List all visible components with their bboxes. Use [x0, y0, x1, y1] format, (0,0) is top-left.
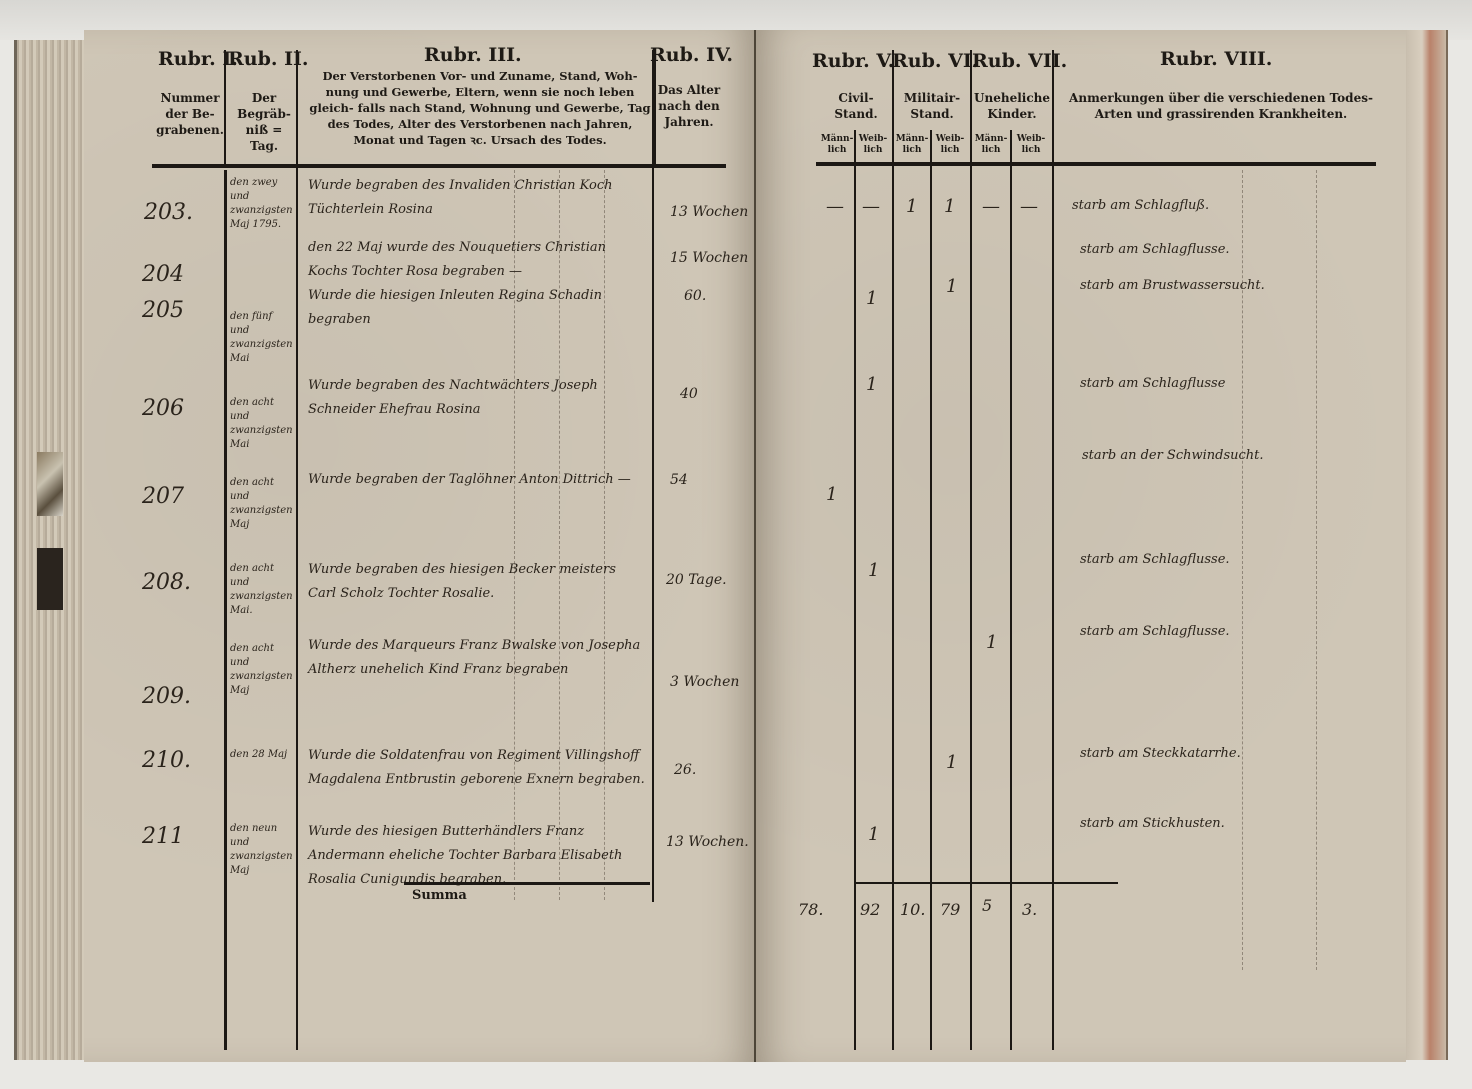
- rubric-4-label: Das Alter nach den Jahren.: [654, 82, 724, 130]
- col-divider: [224, 170, 227, 1050]
- total-military-female: 79: [940, 900, 960, 919]
- entry-date: den acht und zwanzigsten Mai: [230, 396, 294, 452]
- summa-rule: [404, 882, 650, 885]
- total-illegit-male: 5: [982, 896, 992, 915]
- col-divider: [296, 50, 298, 1050]
- civil-female-mark: —: [862, 196, 880, 217]
- entry-number: 210.: [142, 748, 191, 773]
- right-page: Rubr. V. Rub. VI. Rub. VII. Rubr. VIII. …: [756, 30, 1406, 1062]
- index-tab-dark[interactable]: [37, 548, 63, 610]
- col-divider: [224, 50, 226, 168]
- total-civil-female: 92: [860, 900, 880, 919]
- summa-label: Summa: [412, 888, 467, 903]
- entry-text: Wurde die Soldatenfrau von Regiment Vill…: [308, 744, 648, 792]
- entry-date: den fünf und zwanzigsten Mai: [230, 310, 294, 366]
- entry-number: 204: [142, 262, 184, 287]
- col-divider: [1052, 50, 1054, 1050]
- entry-text: Wurde begraben des Invaliden Christian K…: [308, 174, 648, 222]
- civil-female-label: Weib- lich: [856, 134, 890, 156]
- rubric-5-label: Civil- Stand.: [820, 90, 892, 122]
- remark: starb am Schlagfluß.: [1072, 198, 1209, 213]
- total-illegit-female: 3.: [1022, 900, 1037, 919]
- entry-text: den 22 Maj wurde des Nouquetiers Christi…: [308, 236, 648, 284]
- total-military-male: 10.: [900, 900, 925, 919]
- remark: starb an der Schwindsucht.: [1082, 448, 1264, 463]
- civil-male-mark: 1: [826, 484, 837, 505]
- rubric-1-label: Nummer der Be- grabenen.: [154, 90, 226, 138]
- military-female-mark: 1: [944, 196, 955, 217]
- rubric-3-label: Der Verstorbenen Vor- und Zuname, Stand,…: [306, 68, 654, 148]
- civil-female-mark: 1: [868, 560, 879, 581]
- faint-ruling: [1316, 170, 1317, 970]
- military-female-label: Weib- lich: [932, 134, 968, 156]
- rubric-6-label: Militair- Stand.: [894, 90, 970, 122]
- entry-number: 209.: [142, 684, 191, 709]
- entry-text: Wurde begraben des hiesigen Becker meist…: [308, 558, 648, 606]
- civil-female-mark: 1: [866, 374, 877, 395]
- col-divider: [854, 130, 856, 1050]
- entry-age: 13 Wochen.: [666, 834, 749, 850]
- col-divider: [1010, 130, 1012, 1050]
- totals-rule: [854, 882, 1118, 884]
- entry-date: den neun und zwanzigsten Maj: [230, 822, 294, 878]
- entry-age: 40: [680, 386, 698, 402]
- col-divider: [652, 50, 654, 902]
- entry-date: den 28 Maj: [230, 748, 294, 762]
- civil-female-mark: 1: [866, 288, 877, 309]
- remark: starb am Schlagflusse.: [1080, 552, 1230, 567]
- entry-number: 208.: [142, 570, 191, 595]
- illegit-male-label: Männ- lich: [972, 134, 1010, 156]
- military-female-mark: 1: [946, 752, 957, 773]
- col-divider: [892, 50, 894, 1050]
- open-register-book: Rubr. I. Rub. II. Rubr. III. Rub. IV. Nu…: [14, 26, 1450, 1066]
- remark: starb am Brustwassersucht.: [1080, 278, 1265, 293]
- rubric-7-label: Uneheliche Kinder.: [972, 90, 1052, 122]
- remark: starb am Schlagflusse.: [1080, 624, 1230, 639]
- illegit-female-label: Weib- lich: [1012, 134, 1050, 156]
- remark: starb am Schlagflusse.: [1080, 242, 1230, 257]
- rubric-3-title: Rubr. III.: [424, 44, 522, 66]
- page-edges-right: [1406, 30, 1448, 1060]
- illegit-male-mark: —: [982, 196, 1000, 217]
- header-rule: [152, 164, 726, 168]
- entry-text: Wurde begraben der Taglöhner Anton Dittr…: [308, 468, 648, 492]
- col-divider: [970, 50, 972, 1050]
- entry-date: den acht und zwanzigsten Maj: [230, 642, 294, 698]
- total-civil-male: 78.: [798, 900, 823, 919]
- entry-age: 13 Wochen: [670, 204, 748, 220]
- entry-age: 15 Wochen: [670, 250, 748, 266]
- rubric-8-label: Anmerkungen über die verschiedenen Todes…: [1066, 90, 1376, 122]
- entry-number: 203.: [144, 200, 193, 225]
- entry-date: den zwey und zwanzigsten Maj 1795.: [230, 176, 294, 232]
- entry-number: 207: [142, 484, 184, 509]
- entry-number: 205: [142, 298, 184, 323]
- civil-male-label: Männ- lich: [820, 134, 854, 156]
- entry-age: 26.: [674, 762, 696, 778]
- remark: starb am Steckkatarrhe.: [1080, 746, 1241, 761]
- entry-age: 3 Wochen: [670, 674, 739, 690]
- remark: starb am Schlagflusse: [1080, 376, 1225, 391]
- rubric-5-title: Rubr. V.: [812, 50, 894, 72]
- remark: starb am Stickhusten.: [1080, 816, 1225, 831]
- entry-text: Wurde begraben des Nachtwächters Joseph …: [308, 374, 648, 422]
- entry-date: den acht und zwanzigsten Mai.: [230, 562, 294, 618]
- military-female-mark: 1: [946, 276, 957, 297]
- rubric-6-title: Rub. VI.: [892, 50, 978, 72]
- entry-text: Wurde die hiesigen Inleuten Regina Schad…: [308, 284, 648, 332]
- rubric-8-title: Rubr. VIII.: [1160, 48, 1272, 70]
- entry-date: den acht und zwanzigsten Maj: [230, 476, 294, 532]
- civil-female-mark: 1: [868, 824, 879, 845]
- entry-number: 211: [142, 824, 184, 849]
- entry-age: 60.: [684, 288, 706, 304]
- header-rule: [816, 162, 1376, 166]
- rubric-2-label: Der Begräb- niß = Tag.: [230, 90, 298, 154]
- entry-age: 54: [670, 472, 688, 488]
- illegit-female-mark: —: [1020, 196, 1038, 217]
- entry-text: Wurde des Marqueurs Franz Bwalske von Jo…: [308, 634, 648, 682]
- illegit-male-mark: 1: [986, 632, 997, 653]
- military-male-label: Männ- lich: [894, 134, 930, 156]
- military-male-mark: 1: [906, 196, 917, 217]
- entry-number: 206: [142, 396, 184, 421]
- rubric-4-title: Rub. IV.: [650, 44, 733, 66]
- left-page: Rubr. I. Rub. II. Rubr. III. Rub. IV. Nu…: [84, 30, 756, 1062]
- civil-male-mark: —: [826, 196, 844, 217]
- col-divider: [930, 130, 932, 1050]
- col-divider: [654, 50, 656, 168]
- entry-age: 20 Tage.: [666, 572, 727, 588]
- index-tab-torn[interactable]: [37, 452, 63, 516]
